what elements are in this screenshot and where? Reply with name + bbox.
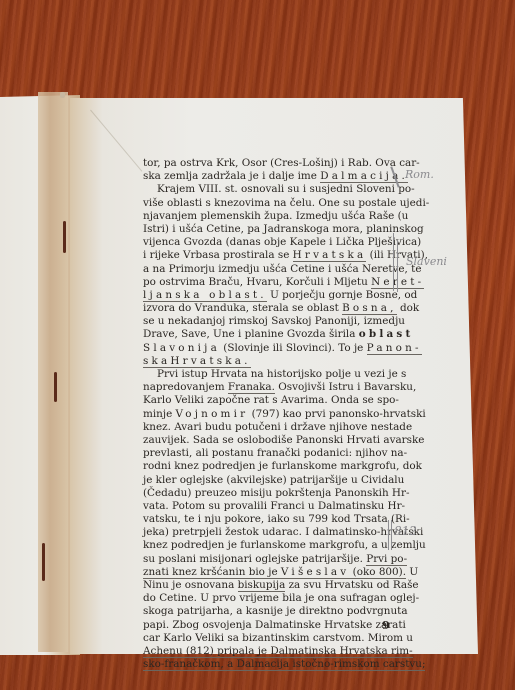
margin-note-slaveni: Slaveni <box>406 255 447 268</box>
text-line: napredovanjem Franaka. Osvojivši Istru i… <box>143 381 396 394</box>
page-number: 9 <box>382 619 390 632</box>
text-line: skoga patrijarha, a kasnije je direktno … <box>143 605 396 618</box>
text-line: više oblasti s knezovima na čelu. One su… <box>143 197 396 210</box>
underlined-phrase-achen: Achenu (812) pripala je Dalmatinska Hrva… <box>143 645 413 658</box>
term-vojnomir: Vojnomir <box>176 408 249 420</box>
text-line: vijenca Gvozda (danas obje Kapele i Ličk… <box>143 236 396 249</box>
text-line: njavanjem plemenskih župa. Izmedju ušća … <box>143 210 396 223</box>
text-line: i rijeke Vrbasa prostirala se Hrvatska (… <box>143 249 396 262</box>
text-line: a na Primorju izmedju ušća Cetine i ušća… <box>143 263 396 276</box>
text-line: rodni knez podredjen je furlanskome mark… <box>143 460 396 473</box>
text-line: Achenu (812) pripala je Dalmatinska Hrva… <box>143 645 396 658</box>
underlined-term-panonska-hrvatska: skaHrvatska. <box>143 355 251 368</box>
text-line: Krajem VIII. st. osnovali su i susjedni … <box>143 183 396 196</box>
binding-stitch <box>54 372 57 402</box>
text-line: se u nekadanjoj rimskoj Savskoj Panoniji… <box>143 315 396 328</box>
text-line: po ostrvima Braču, Hvaru, Korčuli i Mlje… <box>143 276 396 289</box>
binding-stitch <box>63 221 66 253</box>
underlined-term-panonska: Panon- <box>367 342 422 355</box>
term-slavonija: Slavonija <box>143 342 220 354</box>
text-line: ljanska oblast. U porječju gornje Bosne,… <box>143 289 396 302</box>
text-line: Istri) i ušća Cetine, pa Jadranskoga mor… <box>143 223 396 236</box>
text-line: (Čedadu) preuzeo misiju pokrštenja Panon… <box>143 487 396 500</box>
text-line: knez podredjen je furlanskome markgrofu,… <box>143 539 396 552</box>
text-line: ska zemlja zadržala je i dalje ime Dalma… <box>143 170 396 183</box>
text-line: jeka) pretrpjeli žestok udarac. I dalmat… <box>143 526 396 539</box>
underlined-term-bosna: Bosna, <box>342 302 397 315</box>
text-line: Karlo Veliki započne rat s Avarima. Onda… <box>143 394 396 407</box>
pencil-bracket <box>391 520 392 550</box>
text-line: prevlasti, ali postanu franački podanici… <box>143 447 396 460</box>
underlined-term-franaka: Franaka. <box>228 381 275 394</box>
text-line: zauvijek. Sada se oslobodiše Panonski Hr… <box>143 434 396 447</box>
text-line: do Cetine. U prvo vrijeme bila je ona su… <box>143 592 396 605</box>
text-line: papi. Zbog osvojenja Dalmatinske Hrvatsk… <box>143 619 396 632</box>
text-line: tor, pa ostrva Krk, Osor (Cres-Lošinj) i… <box>143 157 396 170</box>
text-line: vatsku, te i nju pokore, iako su 799 kod… <box>143 513 396 526</box>
pencil-bracket <box>388 520 389 550</box>
pencil-bracket <box>397 240 398 292</box>
binding-stitch <box>42 543 45 581</box>
text-line: je kler oglejske (akvilejske) patrijarši… <box>143 474 396 487</box>
underlined-phrase: Prvi po- <box>366 553 407 566</box>
text-line: Slavonija (Slovinje ili Slovinci). To je… <box>143 342 396 355</box>
text-line: car Karlo Veliki sa bizantinskim carstvo… <box>143 632 396 645</box>
page-text: tor, pa ostrva Krk, Osor (Cres-Lošinj) i… <box>143 157 396 671</box>
text-line: Drave, Save, Une i planine Gvozda širila… <box>143 328 396 341</box>
underlined-phrase-viseslav: znati knez kršćanin bio je Višeslav (oko… <box>143 566 406 579</box>
text-line: izvora do Vranduka, sterala se oblast Bo… <box>143 302 396 315</box>
text-line: su poslani misijonari oglejske patrijarš… <box>143 553 396 566</box>
underlined-phrase-carstvu: sko-franačkom, a Dalmacija istočno-rimsk… <box>143 658 425 671</box>
text-line: Ninu je osnovana biskupija za svu Hrvats… <box>143 579 396 592</box>
text-line: minje Vojnomir (797) kao prvi panonsko-h… <box>143 408 396 421</box>
text-line: skaHrvatska. <box>143 355 396 368</box>
underlined-term-hrvatska: Hrvatska <box>293 249 367 262</box>
text-line: Prvi istup Hrvata na historijsko polje u… <box>143 368 396 381</box>
underlined-term-neretljanska-oblast: ljanska oblast. <box>143 289 267 302</box>
margin-note-rom: Rom. <box>405 168 434 181</box>
margin-note-812: 812 <box>394 524 417 538</box>
text-line: knez. Avari budu potučeni i države njiho… <box>143 421 396 434</box>
text-line: sko-franačkom, a Dalmacija istočno-rimsk… <box>143 658 396 671</box>
text-line: vata. Potom su provalili Franci u Dalmat… <box>143 500 396 513</box>
pencil-bracket <box>393 233 394 291</box>
text-line: znati knez kršćanin bio je Višeslav (oko… <box>143 566 396 579</box>
underlined-term-biskupija: biskupija <box>238 579 286 592</box>
binding-stitch <box>60 92 65 98</box>
